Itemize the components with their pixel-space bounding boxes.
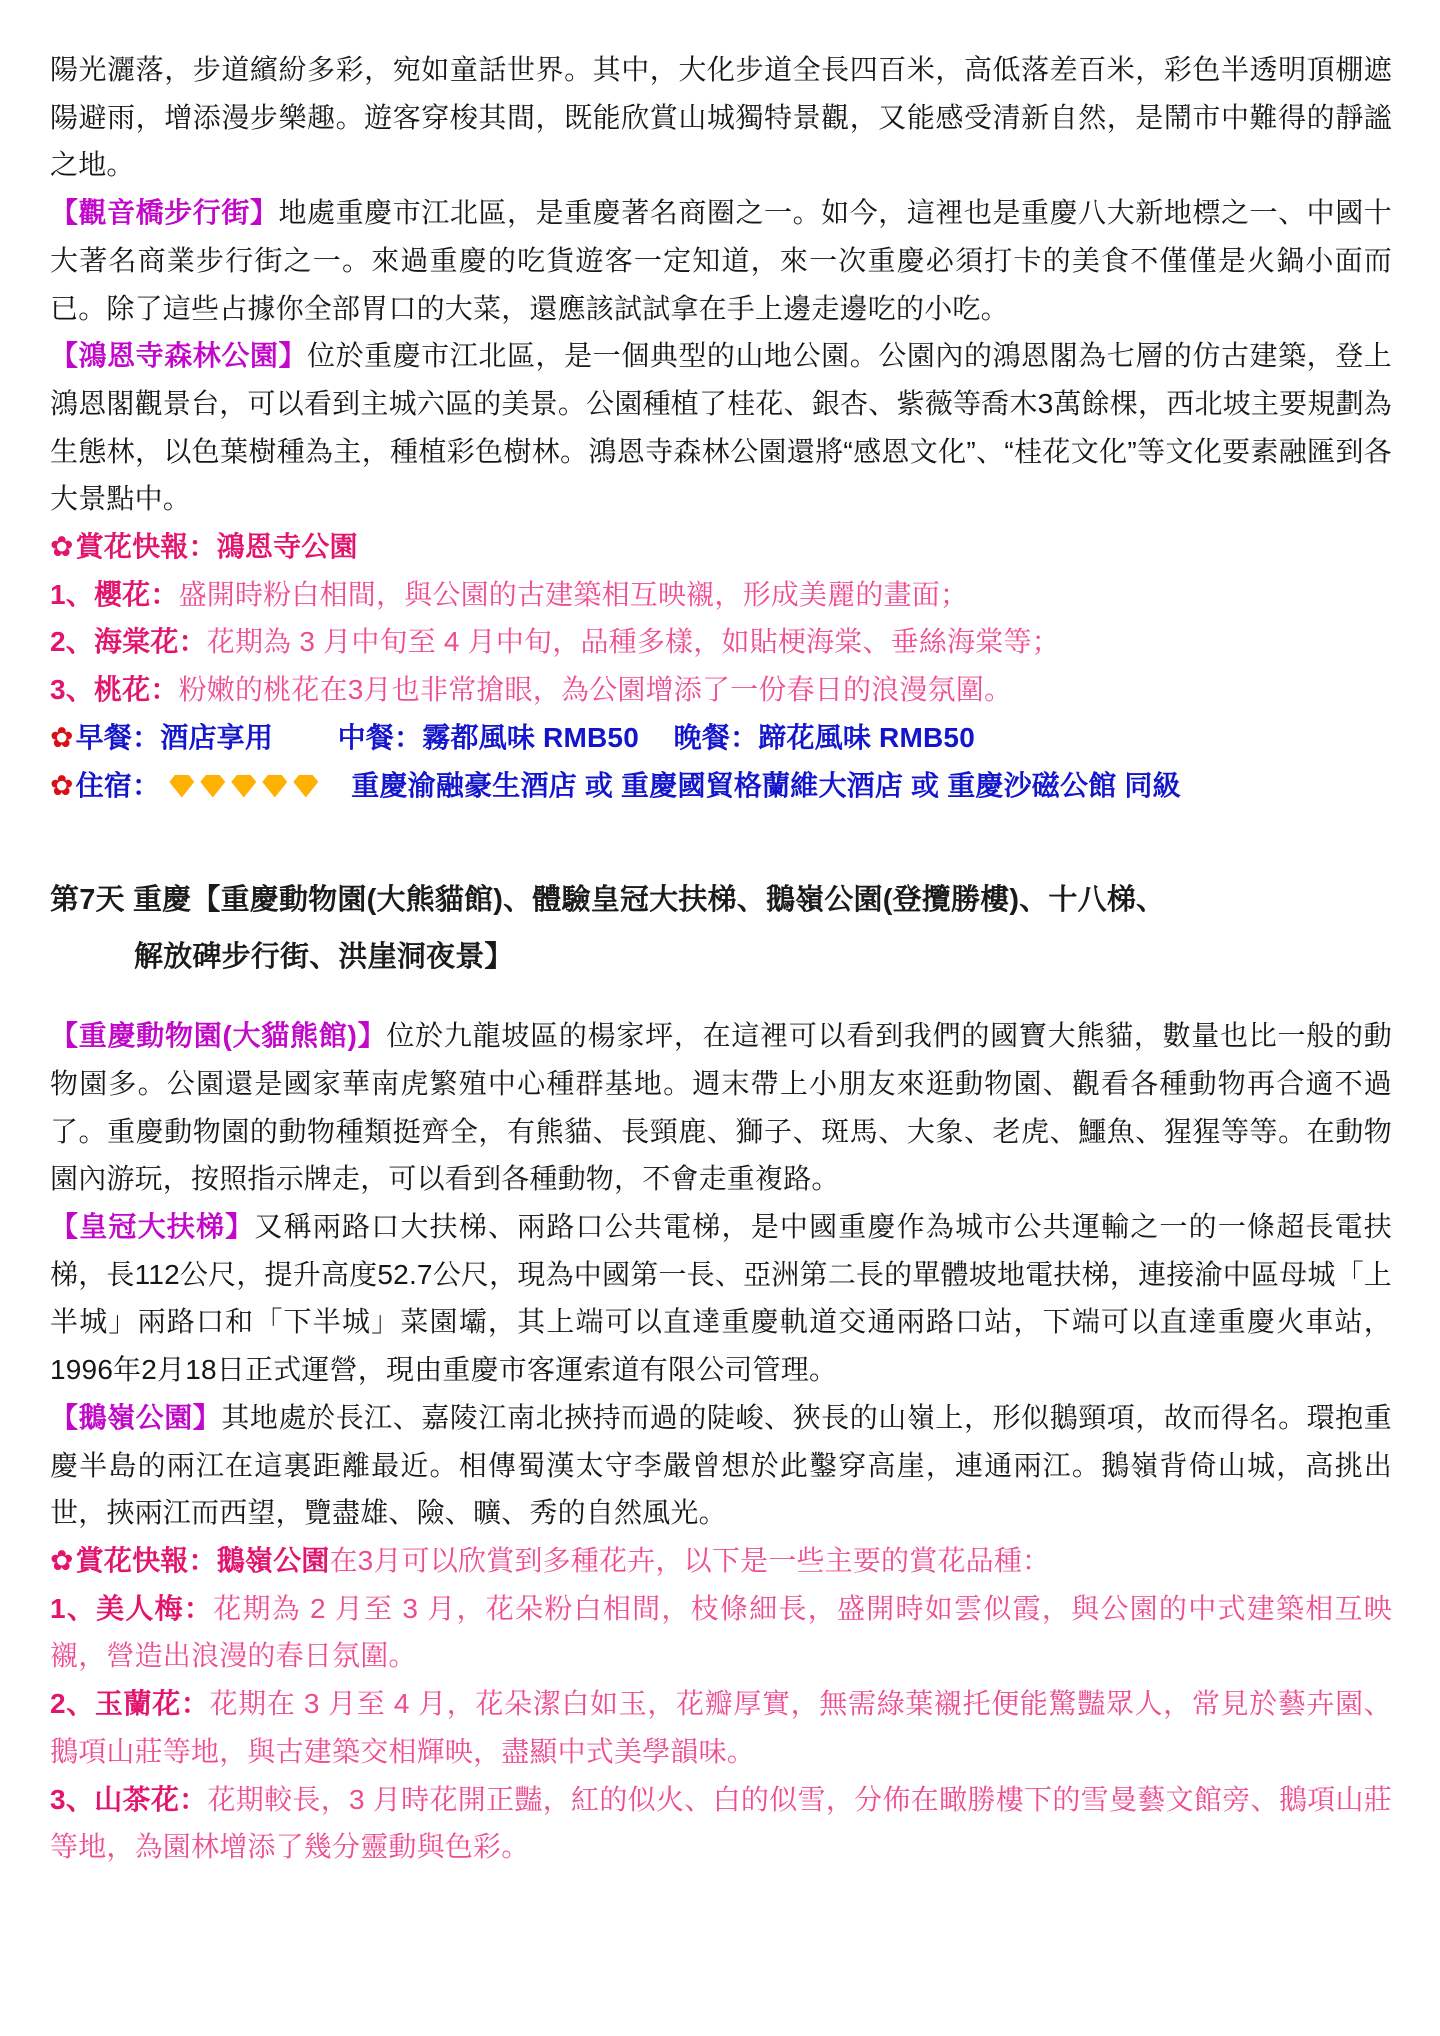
- attraction-title-guanyinqiao: 【觀音橋步行街】: [50, 197, 278, 228]
- paragraph-eling: 【鵝嶺公園】其地處於長江、嘉陵江南北挾持而過的陡峻、狹長的山嶺上，形似鵝頸項，故…: [50, 1394, 1392, 1537]
- paragraph-hongensi: 【鴻恩寺森林公園】位於重慶市江北區，是一個典型的山地公園。公園內的鴻恩閣為七層的…: [50, 332, 1392, 523]
- intro-paragraph: 陽光灑落，步道繽紛多彩，宛如童話世界。其中，大化步道全長四百米，高低落差百米，彩…: [50, 46, 1392, 189]
- lunch-label: 中餐：霧都風味 RMB50: [338, 714, 674, 762]
- flower-item-text: 盛開時粉白相間，與公園的古建築相互映襯，形成美麗的畫面；: [179, 579, 969, 610]
- attraction-title-eling: 【鵝嶺公園】: [50, 1402, 221, 1433]
- flower-item-sakura: 1、櫻花：盛開時粉白相間，與公園的古建築相互映襯，形成美麗的畫面；: [50, 571, 1392, 619]
- day7-heading: 第7天 重慶【重慶動物園(大熊貓館)、體驗皇冠大扶梯、鵝嶺公園(登攬勝樓)、十八…: [50, 872, 1392, 986]
- meals-line: ✿早餐：酒店享用中餐：霧都風味 RMB50晚餐：蹄花風味 RMB50: [50, 714, 1392, 762]
- crown-icon: [169, 775, 194, 798]
- lodging-line: ✿住宿：重慶渝融豪生酒店 或 重慶國貿格蘭維大酒店 或 重慶沙磁公館 同級: [50, 762, 1392, 811]
- flower-item-text: 花期較長，3 月時花開正豔，紅的似火、白的似雪，分佈在瞰勝樓下的雪曼藝文館旁、鵝…: [50, 1784, 1392, 1863]
- flower-report-1-title: 賞花快報：鴻恩寺公園: [76, 531, 358, 562]
- paragraph-guanyinqiao: 【觀音橋步行街】地處重慶市江北區，是重慶著名商圈之一。如今，這裡也是重慶八大新地…: [50, 189, 1392, 332]
- intro-text: 陽光灑落，步道繽紛多彩，宛如童話世界。其中，大化步道全長四百米，高低落差百米，彩…: [50, 54, 1392, 180]
- day7-heading-line1: 第7天 重慶【重慶動物園(大熊貓館)、體驗皇冠大扶梯、鵝嶺公園(登攬勝樓)、十八…: [50, 872, 1392, 929]
- hotel-names: 重慶渝融豪生酒店 或 重慶國貿格蘭維大酒店 或 重慶沙磁公館 同級: [351, 770, 1181, 801]
- flower-item-label: 2、玉蘭花：: [50, 1688, 210, 1719]
- flower-item-text: 花期為 2 月至 3 月，花朵粉白相間，枝條細長，盛開時如雲似霞，與公園的中式建…: [50, 1593, 1392, 1672]
- flower-report-2-title: 賞花快報：鵝嶺公園: [76, 1545, 330, 1576]
- attraction-title-hongensi: 【鴻恩寺森林公園】: [50, 340, 307, 371]
- flower-bullet-icon: ✿: [50, 714, 74, 762]
- flower-item-camellia: 3、山茶花：花期較長，3 月時花開正豔，紅的似火、白的似雪，分佈在瞰勝樓下的雪曼…: [50, 1776, 1392, 1871]
- attraction-text-eling: 其地處於長江、嘉陵江南北挾持而過的陡峻、狹長的山嶺上，形似鵝頸項，故而得名。環抱…: [50, 1402, 1392, 1528]
- flower-item-text: 粉嫩的桃花在3月也非常搶眼，為公園增添了一份春日的浪漫氛圍。: [179, 674, 1013, 705]
- crown-icon: [262, 775, 287, 798]
- flower-item-text: 花期在 3 月至 4 月，花朵潔白如玉，花瓣厚實，無需綠葉襯托便能驚豔眾人，常見…: [50, 1688, 1392, 1767]
- flower-item-label: 3、山茶花：: [50, 1784, 207, 1815]
- flower-report-2-intro: 在3月可以欣賞到多種花卉，以下是一些主要的賞花品種：: [329, 1545, 1050, 1576]
- flower-item-label: 1、美人梅：: [50, 1593, 213, 1624]
- document-page: 陽光灑落，步道繽紛多彩，宛如童話世界。其中，大化步道全長四百米，高低落差百米，彩…: [0, 0, 1440, 2036]
- hotel-rating: [166, 763, 321, 811]
- flower-bullet-icon: ✿: [50, 1537, 74, 1585]
- flower-item-begonia: 2、海棠花：花期為 3 月中旬至 4 月中旬，品種多樣，如貼梗海棠、垂絲海棠等；: [50, 618, 1392, 666]
- attraction-title-zoo: 【重慶動物園(大貓熊館)】: [50, 1020, 386, 1051]
- crown-icon: [231, 775, 256, 798]
- flower-report-1-header: ✿賞花快報：鴻恩寺公園: [50, 523, 1392, 571]
- dinner-label: 晚餐：蹄花風味 RMB50: [674, 722, 975, 753]
- flower-bullet-icon: ✿: [50, 762, 74, 810]
- flower-item-label: 1、櫻花：: [50, 579, 179, 610]
- flower-item-label: 2、海棠花：: [50, 626, 207, 657]
- flower-item-meirenmei: 1、美人梅：花期為 2 月至 3 月，花朵粉白相間，枝條細長，盛開時如雲似霞，與…: [50, 1585, 1392, 1680]
- flower-item-yulan: 2、玉蘭花：花期在 3 月至 4 月，花朵潔白如玉，花瓣厚實，無需綠葉襯托便能驚…: [50, 1680, 1392, 1775]
- paragraph-zoo: 【重慶動物園(大貓熊館)】位於九龍坡區的楊家坪，在這裡可以看到我們的國寶大熊貓，…: [50, 1012, 1392, 1203]
- flower-bullet-icon: ✿: [50, 523, 74, 571]
- crown-icon: [200, 775, 225, 798]
- crown-icon: [293, 775, 318, 798]
- attraction-title-escalator: 【皇冠大扶梯】: [50, 1211, 254, 1242]
- flower-item-text: 花期為 3 月中旬至 4 月中旬，品種多樣，如貼梗海棠、垂絲海棠等；: [207, 626, 1060, 657]
- lodging-label: 住宿：: [76, 770, 161, 801]
- flower-item-peach: 3、桃花：粉嫩的桃花在3月也非常搶眼，為公園增添了一份春日的浪漫氛圍。: [50, 666, 1392, 714]
- day7-heading-line2: 解放碑步行街、洪崖洞夜景】: [50, 929, 1392, 986]
- paragraph-escalator: 【皇冠大扶梯】又稱兩路口大扶梯、兩路口公共電梯，是中國重慶作為城市公共運輸之一的…: [50, 1203, 1392, 1394]
- breakfast-label: 早餐：酒店享用: [76, 714, 338, 762]
- flower-item-label: 3、桃花：: [50, 674, 179, 705]
- flower-report-2-header: ✿賞花快報：鵝嶺公園在3月可以欣賞到多種花卉，以下是一些主要的賞花品種：: [50, 1537, 1392, 1585]
